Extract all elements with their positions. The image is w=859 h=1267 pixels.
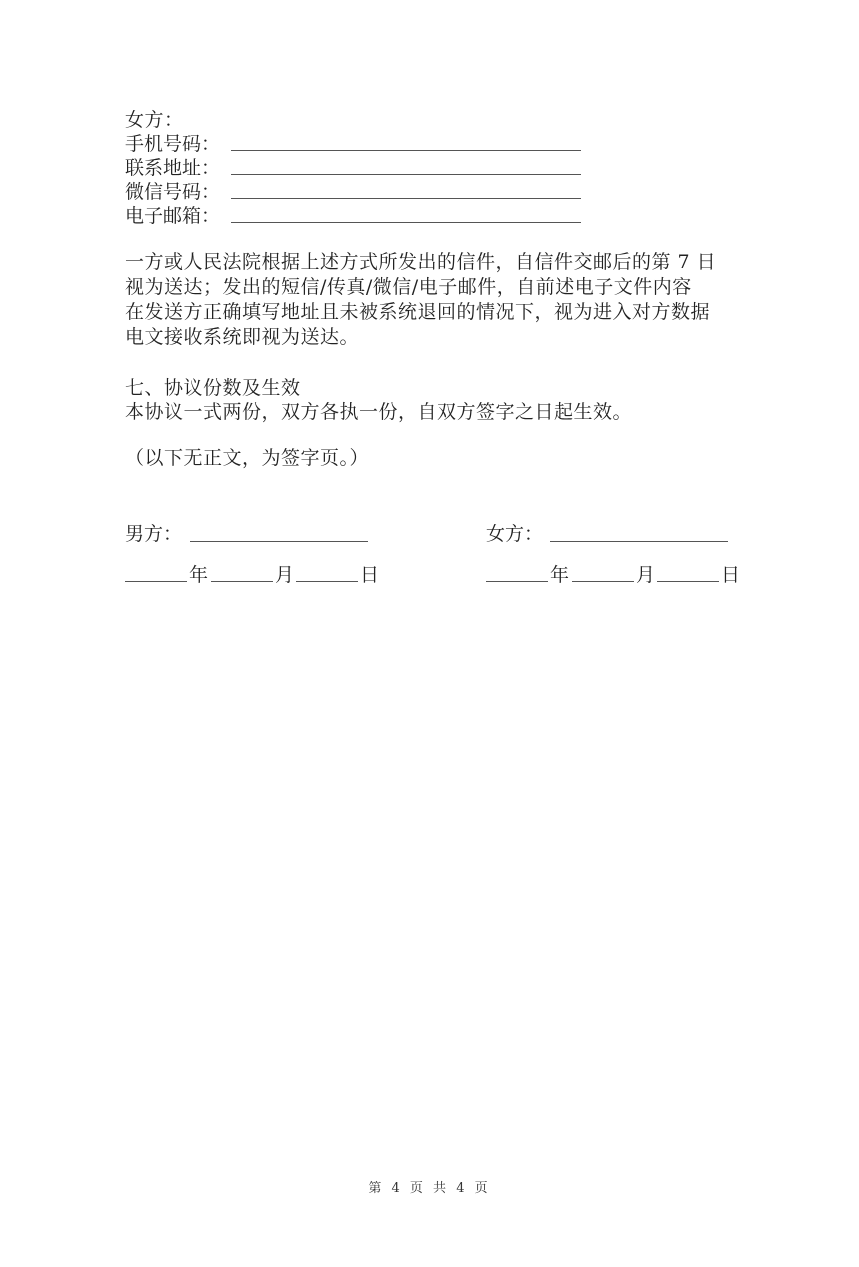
service-clause-line-2: 视为送达；发出的短信/传真/微信/电子邮件，自前述电子文件内容 <box>125 275 692 299</box>
male-day-label: 日 <box>360 563 379 587</box>
section-7-title: 七、协议份数及生效 <box>125 376 301 400</box>
female-month-field[interactable] <box>572 581 634 582</box>
signature-page-note: （以下无正文，为签字页。） <box>125 446 369 470</box>
service-clause-line-1: 一方或人民法院根据上述方式所发出的信件，自信件交邮后的第 7 日 <box>125 250 716 274</box>
male-year-label: 年 <box>189 563 208 587</box>
female-signature-label: 女方： <box>486 522 543 546</box>
male-month-label: 月 <box>275 563 294 587</box>
email-label: 电子邮箱： <box>125 204 220 228</box>
female-signature-field[interactable] <box>550 541 728 542</box>
phone-label: 手机号码： <box>125 132 220 156</box>
female-year-field[interactable] <box>486 581 548 582</box>
female-day-field[interactable] <box>657 581 719 582</box>
email-field[interactable] <box>231 222 581 223</box>
male-day-field[interactable] <box>296 581 358 582</box>
male-month-field[interactable] <box>211 581 273 582</box>
service-clause-line-4: 电文接收系统即视为送达。 <box>125 325 359 349</box>
address-label: 联系地址： <box>125 156 220 180</box>
male-year-field[interactable] <box>125 581 187 582</box>
section-7-body: 本协议一式两份，双方各执一份，自双方签字之日起生效。 <box>125 400 632 424</box>
phone-field[interactable] <box>231 150 581 151</box>
female-contact-heading: 女方： <box>125 108 184 132</box>
wechat-field[interactable] <box>231 198 581 199</box>
service-clause-line-3: 在发送方正确填写地址且未被系统退回的情况下，视为进入对方数据 <box>125 300 710 324</box>
male-signature-field[interactable] <box>190 541 368 542</box>
male-signature-label: 男方： <box>125 522 182 546</box>
page-number: 第 4 页 共 4 页 <box>0 1177 859 1196</box>
female-year-label: 年 <box>550 563 569 587</box>
female-month-label: 月 <box>636 563 655 587</box>
female-day-label: 日 <box>721 563 740 587</box>
address-field[interactable] <box>231 174 581 175</box>
wechat-label: 微信号码： <box>125 180 220 204</box>
